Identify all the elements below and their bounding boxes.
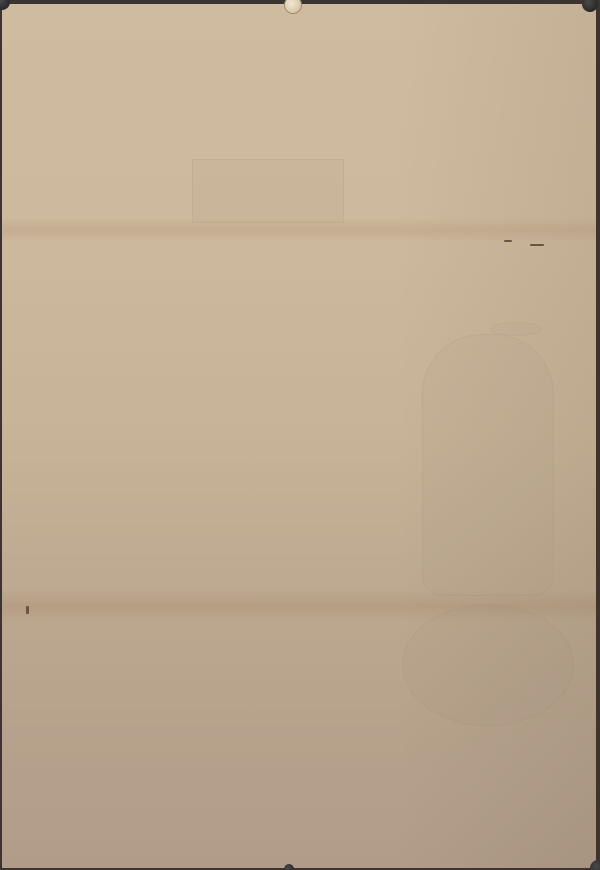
pin-bottom-center: [284, 864, 294, 870]
show-through-hat: [490, 322, 542, 336]
photo-scene: [0, 0, 600, 870]
pin-bottom-right: [590, 860, 600, 870]
show-through-shape: [192, 159, 344, 223]
stain-speck: [530, 244, 544, 246]
stain-speck: [504, 240, 512, 242]
show-through-wheel: [402, 604, 574, 726]
show-through-figure: [422, 334, 554, 596]
stain-speck: [26, 606, 29, 614]
poster-back-paper: [2, 4, 596, 868]
